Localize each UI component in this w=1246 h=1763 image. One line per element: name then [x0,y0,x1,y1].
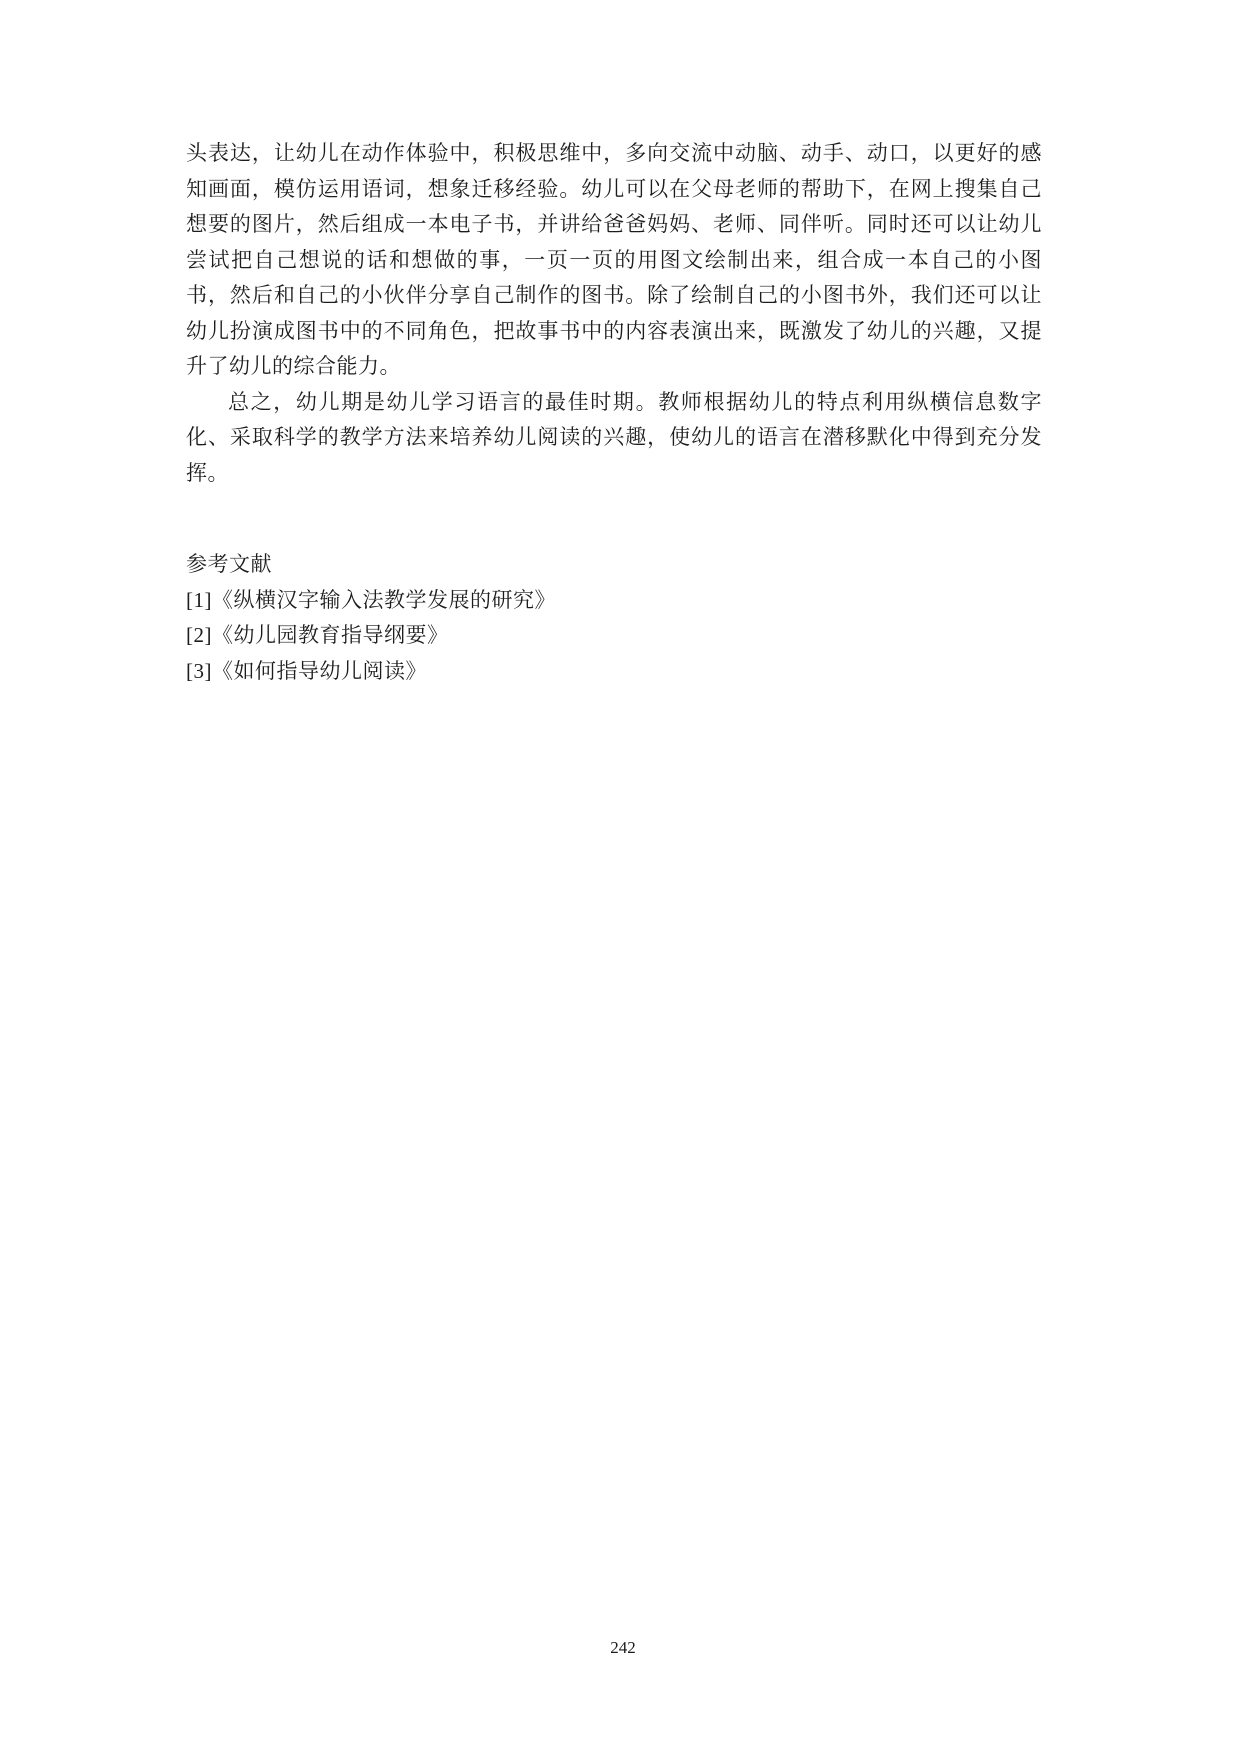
body-paragraph-2: 总之，幼儿期是幼儿学习语言的最佳时期。教师根据幼儿的特点利用纵横信息数字化、采取… [186,385,1042,492]
document-page: 头表达，让幼儿在动作体验中，积极思维中，多向交流中动脑、动手、动口，以更好的感知… [0,0,1246,1763]
page-content: 头表达，让幼儿在动作体验中，积极思维中，多向交流中动脑、动手、动口，以更好的感知… [186,136,1042,689]
reference-item-3: [3]《如何指导幼儿阅读》 [186,654,1042,690]
reference-item-2: [2]《幼儿园教育指导纲要》 [186,618,1042,654]
references-heading: 参考文献 [186,547,1042,583]
body-paragraph-1: 头表达，让幼儿在动作体验中，积极思维中，多向交流中动脑、动手、动口，以更好的感知… [186,136,1042,385]
references-section: 参考文献 [1]《纵横汉字输入法教学发展的研究》 [2]《幼儿园教育指导纲要》 … [186,547,1042,689]
reference-item-1: [1]《纵横汉字输入法教学发展的研究》 [186,583,1042,619]
page-number: 242 [0,1638,1246,1658]
